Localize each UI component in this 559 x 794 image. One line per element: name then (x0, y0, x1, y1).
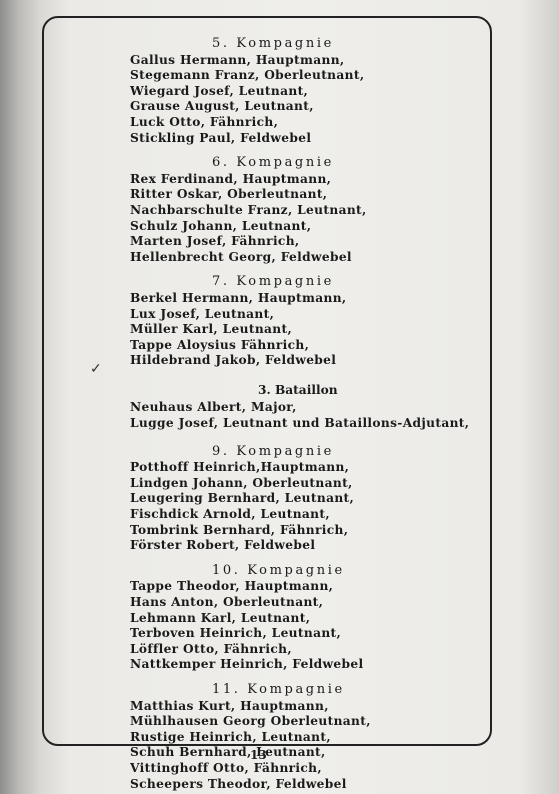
roster-entry: Fischdick Arnold, Leutnant, (130, 507, 510, 523)
roster-entry: Förster Robert, Feldwebel (130, 538, 510, 554)
roster-entry: Schulz Johann, Leutnant, (130, 219, 510, 235)
company-title: 5. Kompagnie (130, 36, 510, 52)
company-section: 5. Kompagnie Gallus Hermann, Hauptmann, … (130, 36, 510, 146)
roster-entry: Ritter Oskar, Oberleutnant, (130, 187, 510, 203)
roster-entry: Lux Josef, Leutnant, (130, 307, 510, 323)
company-title: 7. Kompagnie (130, 274, 510, 290)
roster-entry: Müller Karl, Leutnant, (130, 322, 510, 338)
roster-entry: Wiegard Josef, Leutnant, (130, 84, 510, 100)
roster-entry: Marten Josef, Fähnrich, (130, 234, 510, 250)
company-title: 9. Kompagnie (130, 444, 510, 460)
battalion-title: 3. Bataillon (130, 383, 510, 399)
checkmark-icon: ✓ (90, 361, 102, 377)
company-section: 11. Kompagnie Matthias Kurt, Hauptmann, … (130, 682, 510, 792)
roster-entry: Gallus Hermann, Hauptmann, (130, 53, 510, 69)
roster-entry: Scheepers Theodor, Feldwebel (130, 777, 510, 793)
roster-content: 5. Kompagnie Gallus Hermann, Hauptmann, … (130, 36, 510, 794)
roster-entry: Luck Otto, Fähnrich, (130, 115, 510, 131)
company-section: 6. Kompagnie Rex Ferdinand, Hauptmann, R… (130, 155, 510, 265)
roster-entry: Hans Anton, Oberleutnant, (130, 595, 510, 611)
roster-entry: Schuh Bernhard, Leutnant, (130, 745, 510, 761)
roster-entry: Lindgen Johann, Oberleutnant, (130, 476, 510, 492)
roster-entry: Nachbarschulte Franz, Leutnant, (130, 203, 510, 219)
company-title: 11. Kompagnie (130, 682, 510, 698)
company-section: 7. Kompagnie Berkel Hermann, Hauptmann, … (130, 274, 510, 369)
company-section: 9. Kompagnie Potthoff Heinrich,Hauptmann… (130, 444, 510, 554)
company-section: 10. Kompagnie Tappe Theodor, Hauptmann, … (130, 563, 510, 673)
roster-entry: Berkel Hermann, Hauptmann, (130, 291, 510, 307)
roster-entry: Löffler Otto, Fähnrich, (130, 642, 510, 658)
roster-entry: Tombrink Bernhard, Fähnrich, (130, 523, 510, 539)
roster-entry: Lehmann Karl, Leutnant, (130, 611, 510, 627)
battalion-section: 3. Bataillon Neuhaus Albert, Major, Lugg… (130, 383, 510, 432)
roster-entry: Terboven Heinrich, Leutnant, (130, 626, 510, 642)
roster-entry: Stickling Paul, Feldwebel (130, 131, 510, 147)
roster-entry: Tappe Aloysius Fähnrich, (130, 338, 510, 354)
company-title: 10. Kompagnie (130, 563, 510, 579)
roster-entry: Lugge Josef, Leutnant und Bataillons-Adj… (130, 416, 510, 432)
roster-entry: Tappe Theodor, Hauptmann, (130, 579, 510, 595)
roster-entry: Rex Ferdinand, Hauptmann, (130, 172, 510, 188)
roster-entry: Matthias Kurt, Hauptmann, (130, 699, 510, 715)
roster-entry: Hildebrand Jakob, Feldwebel (130, 353, 510, 369)
roster-entry: Grause August, Leutnant, (130, 99, 510, 115)
roster-entry: Nattkemper Heinrich, Feldwebel (130, 657, 510, 673)
roster-entry: Vittinghoff Otto, Fähnrich, (130, 761, 510, 777)
roster-entry: Rustige Heinrich, Leutnant, (130, 730, 510, 746)
roster-entry: Stegemann Franz, Oberleutnant, (130, 68, 510, 84)
roster-entry: Hellenbrecht Georg, Feldwebel (130, 250, 510, 266)
company-title: 6. Kompagnie (130, 155, 510, 171)
roster-entry: Leugering Bernhard, Leutnant, (130, 491, 510, 507)
page-number: 13 (250, 748, 267, 762)
roster-entry: Neuhaus Albert, Major, (130, 400, 510, 416)
roster-entry: Potthoff Heinrich,Hauptmann, (130, 460, 510, 476)
roster-entry: Mühlhausen Georg Oberleutnant, (130, 714, 510, 730)
